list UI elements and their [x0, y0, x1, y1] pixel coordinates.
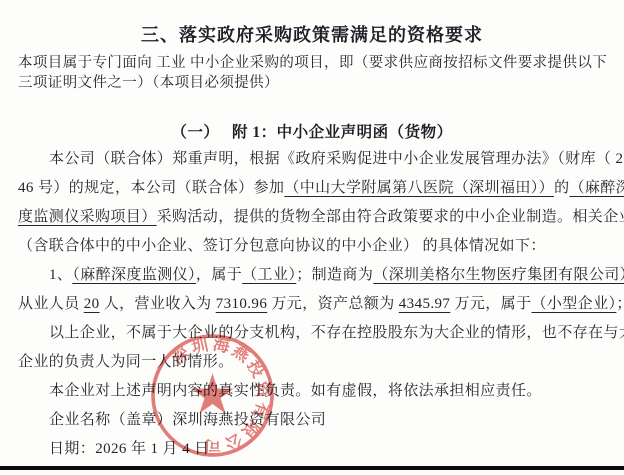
- declaration-line: 本公司（联合体）郑重声明，根据《政府采购促进中小企业发展管理办法》（财库（ 20…: [18, 145, 612, 174]
- declaration-line: 日期：2026 年 1 月 4 日: [18, 435, 612, 464]
- scanned-document-page: 三、落实政府采购政策需满足的资格要求 本项目属于专门面向 工业 中小企业采购的项…: [0, 0, 624, 475]
- text-segment: （含联合体中的中小企业、签订分包意向协议的中小企业） 的具体情况如下：: [18, 238, 546, 254]
- intro-paragraph: 本项目属于专门面向 工业 中小企业采购的项目，即（要求供应商按招标文件要求提供以…: [18, 53, 610, 93]
- text-segment: 企业名称（盖章）深圳海燕投资有限公司: [49, 412, 326, 428]
- filled-blank-value: （工业）: [242, 267, 296, 283]
- declaration-line: 从业人员 20 人，营业收入为 7310.96 万元，资产总额为 4345.97…: [18, 290, 612, 319]
- text-segment: 日期：2026 年 1 月 4 日: [49, 441, 210, 457]
- filled-blank-value: （中山大学附属第八医院（深圳福田））: [284, 180, 554, 196]
- filled-blank-value: 7310.96: [216, 296, 268, 312]
- attachment-heading: （一） 附 1：中小企业声明函（货物）: [0, 120, 624, 142]
- intro-line: 本项目属于专门面向 工业 中小企业采购的项目，即（要求供应商按招标文件要求提供以…: [18, 53, 610, 73]
- text-segment: 46 号）的规定，本公司（联合体）参加: [18, 180, 284, 196]
- text-segment: ，属于: [196, 267, 242, 283]
- text-segment: ；: [616, 296, 624, 312]
- text-segment: 采购活动，提供的货物全部由符合政策要求的中小企业制造。相关企业: [157, 209, 624, 225]
- text-segment: 本公司（联合体）郑重声明，根据《政府采购促进中小企业发展管理办法》（财库（ 20…: [49, 151, 624, 167]
- text-segment: 以上企业，不属于大企业的分支机构，不存在控股股东为大企业的情形，也不存在与大: [49, 325, 624, 341]
- text-segment: 人，营业收入为: [100, 296, 216, 312]
- text-segment: 万元，属于: [450, 296, 531, 312]
- declaration-line: 本企业对上述声明内容的真实性负责。如有虚假，将依法承担相应责任。: [18, 377, 612, 406]
- filled-blank-value: （麻醉深度监测仪）: [72, 267, 196, 283]
- filled-blank-value: 20: [84, 296, 100, 312]
- filled-blank-value: （小型企业）: [531, 296, 616, 312]
- declaration-body: 本公司（联合体）郑重声明，根据《政府采购促进中小企业发展管理办法》（财库（ 20…: [18, 145, 612, 464]
- declaration-line: 企业名称（盖章）深圳海燕投资有限公司: [18, 406, 612, 435]
- filled-blank-value: 4345.97: [399, 296, 451, 312]
- text-segment: 万元，资产总额为: [267, 296, 399, 312]
- filled-blank-value: 度监测仪采购项目）: [18, 209, 157, 225]
- text-segment: 从业人员: [18, 296, 84, 312]
- declaration-line: 企业的负责人为同一人的情形。: [18, 348, 612, 377]
- text-segment: 的: [554, 180, 569, 196]
- page-bottom-rule: [0, 466, 624, 470]
- text-segment: ；制造商为: [296, 267, 373, 283]
- document-title: 三、落实政府采购政策需满足的资格要求: [0, 21, 624, 47]
- declaration-line: 度监测仪采购项目）采购活动，提供的货物全部由符合政策要求的中小企业制造。相关企业: [18, 203, 612, 232]
- text-segment: 企业的负责人为同一人的情形。: [18, 354, 234, 370]
- declaration-line: 以上企业，不属于大企业的分支机构，不存在控股股东为大企业的情形，也不存在与大: [18, 319, 612, 348]
- declaration-line: （含联合体中的中小企业、签订分包意向协议的中小企业） 的具体情况如下：: [18, 232, 612, 261]
- declaration-line: 1、（麻醉深度监测仪），属于（工业）；制造商为（深圳美格尔生物医疗集团有限公司）…: [18, 261, 612, 290]
- text-segment: 1、: [49, 267, 72, 283]
- text-segment: 本企业对上述声明内容的真实性负责。如有虚假，将依法承担相应责任。: [49, 383, 542, 399]
- intro-line: 三项证明文件之一）（本项目必须提供）: [18, 73, 610, 93]
- filled-blank-value: （深圳美格尔生物医疗集团有限公司）: [373, 267, 624, 283]
- declaration-line: 46 号）的规定，本公司（联合体）参加（中山大学附属第八医院（深圳福田））的（麻…: [18, 174, 612, 203]
- filled-blank-value: （麻醉深: [569, 180, 624, 196]
